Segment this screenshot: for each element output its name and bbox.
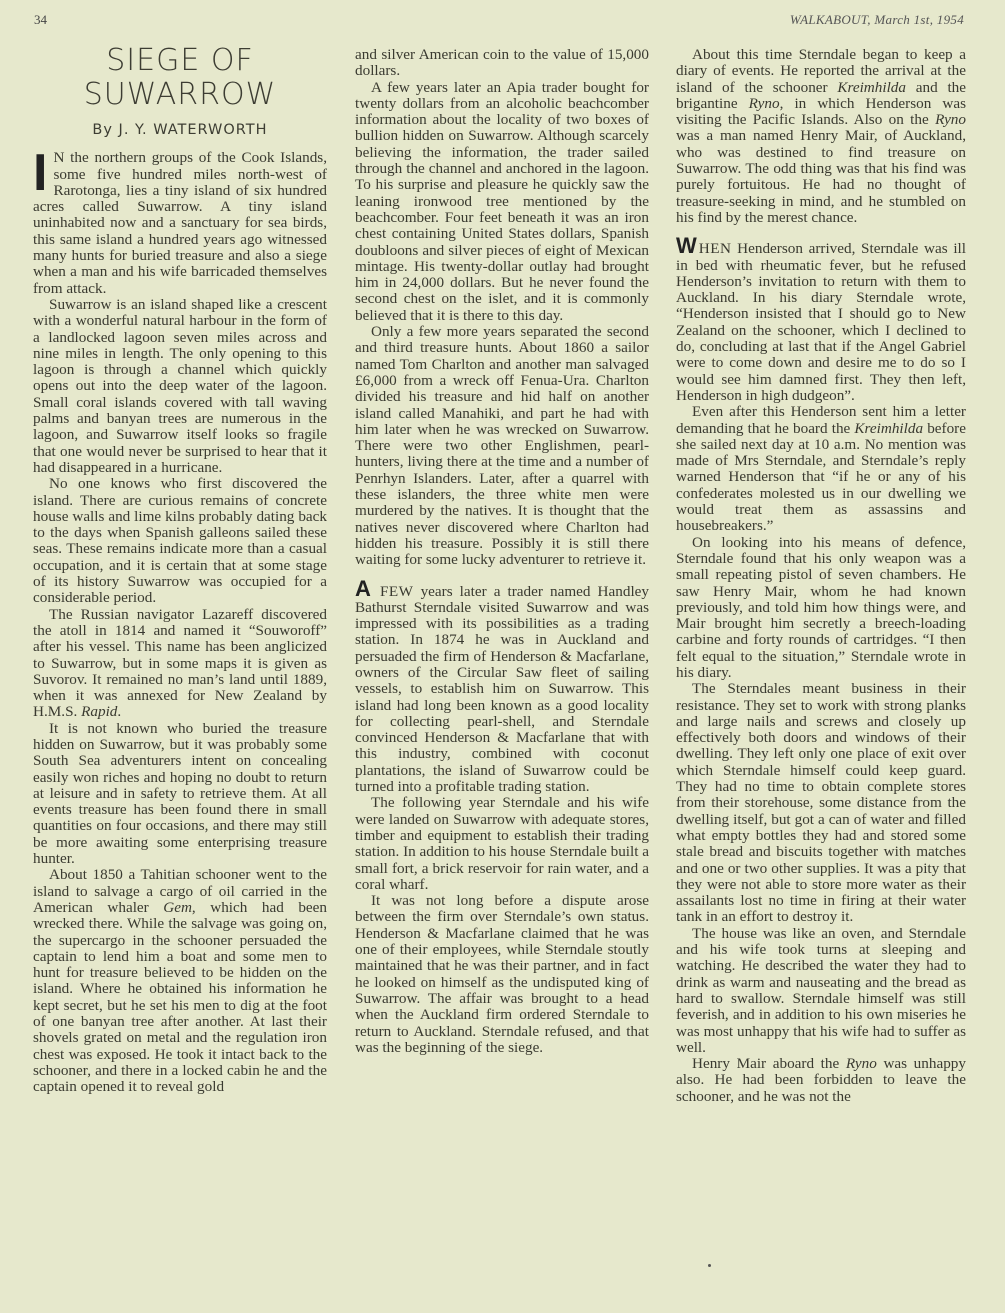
- page-number: 34: [34, 12, 47, 28]
- paragraph: The house was like an oven, and Sterndal…: [676, 926, 966, 1056]
- paragraph: It is not known who buried the treasure …: [33, 721, 327, 868]
- column-1: SIEGE OF SUWARROW By J. Y. WATERWORTH IN…: [33, 44, 327, 1096]
- ship-name: Kreimhilda: [854, 420, 923, 437]
- drop-cap: A: [355, 576, 371, 601]
- drop-cap: W: [676, 233, 697, 258]
- paragraph: and silver American coin to the value of…: [355, 47, 649, 80]
- paragraph: A few years later an Apia trader bought …: [355, 80, 649, 324]
- paragraph: About 1850 a Tahitian schooner went to t…: [33, 867, 327, 1095]
- print-speck: [708, 1264, 711, 1267]
- column-2: and silver American coin to the value of…: [355, 47, 649, 1056]
- paragraph: About this time Sterndale began to keep …: [676, 47, 966, 226]
- paragraph: The Russian navigator Lazareff discovere…: [33, 607, 327, 721]
- title-line-2: SUWARROW: [33, 78, 327, 112]
- ship-name: Rapid: [81, 703, 117, 720]
- ship-name: Ryno: [749, 95, 780, 112]
- paragraph: Suwarrow is an island shaped like a cres…: [33, 297, 327, 476]
- article-title: SIEGE OF SUWARROW: [33, 44, 327, 112]
- title-line-1: SIEGE OF: [33, 44, 327, 78]
- paragraph: No one knows who first discovered the is…: [33, 476, 327, 606]
- paragraph: IN the northern groups of the Cook Islan…: [33, 150, 327, 297]
- paragraph: WHEN Henderson arrived, Sterndale was il…: [676, 238, 966, 404]
- ship-name: Ryno: [846, 1055, 877, 1072]
- paragraph: On looking into his means of defence, St…: [676, 535, 966, 682]
- paragraph: Even after this Henderson sent him a let…: [676, 404, 966, 534]
- column-3: About this time Sterndale began to keep …: [676, 47, 966, 1105]
- paragraph: Only a few more years separated the seco…: [355, 324, 649, 568]
- byline: By J. Y. WATERWORTH: [33, 122, 327, 138]
- running-head: WALKABOUT, March 1st, 1954: [790, 12, 964, 28]
- paragraph: The Sterndales meant business in their r…: [676, 681, 966, 925]
- paragraph: A FEW years later a trader named Handley…: [355, 581, 649, 796]
- drop-cap: I: [33, 152, 47, 194]
- ship-name: Gem: [163, 899, 192, 916]
- ship-name: Kreimhilda: [837, 79, 906, 96]
- paragraph: The following year Sterndale and his wif…: [355, 795, 649, 893]
- paragraph: Henry Mair aboard the Ryno was unhappy a…: [676, 1056, 966, 1105]
- ship-name: Ryno: [935, 111, 966, 128]
- paragraph: It was not long before a dispute arose b…: [355, 893, 649, 1056]
